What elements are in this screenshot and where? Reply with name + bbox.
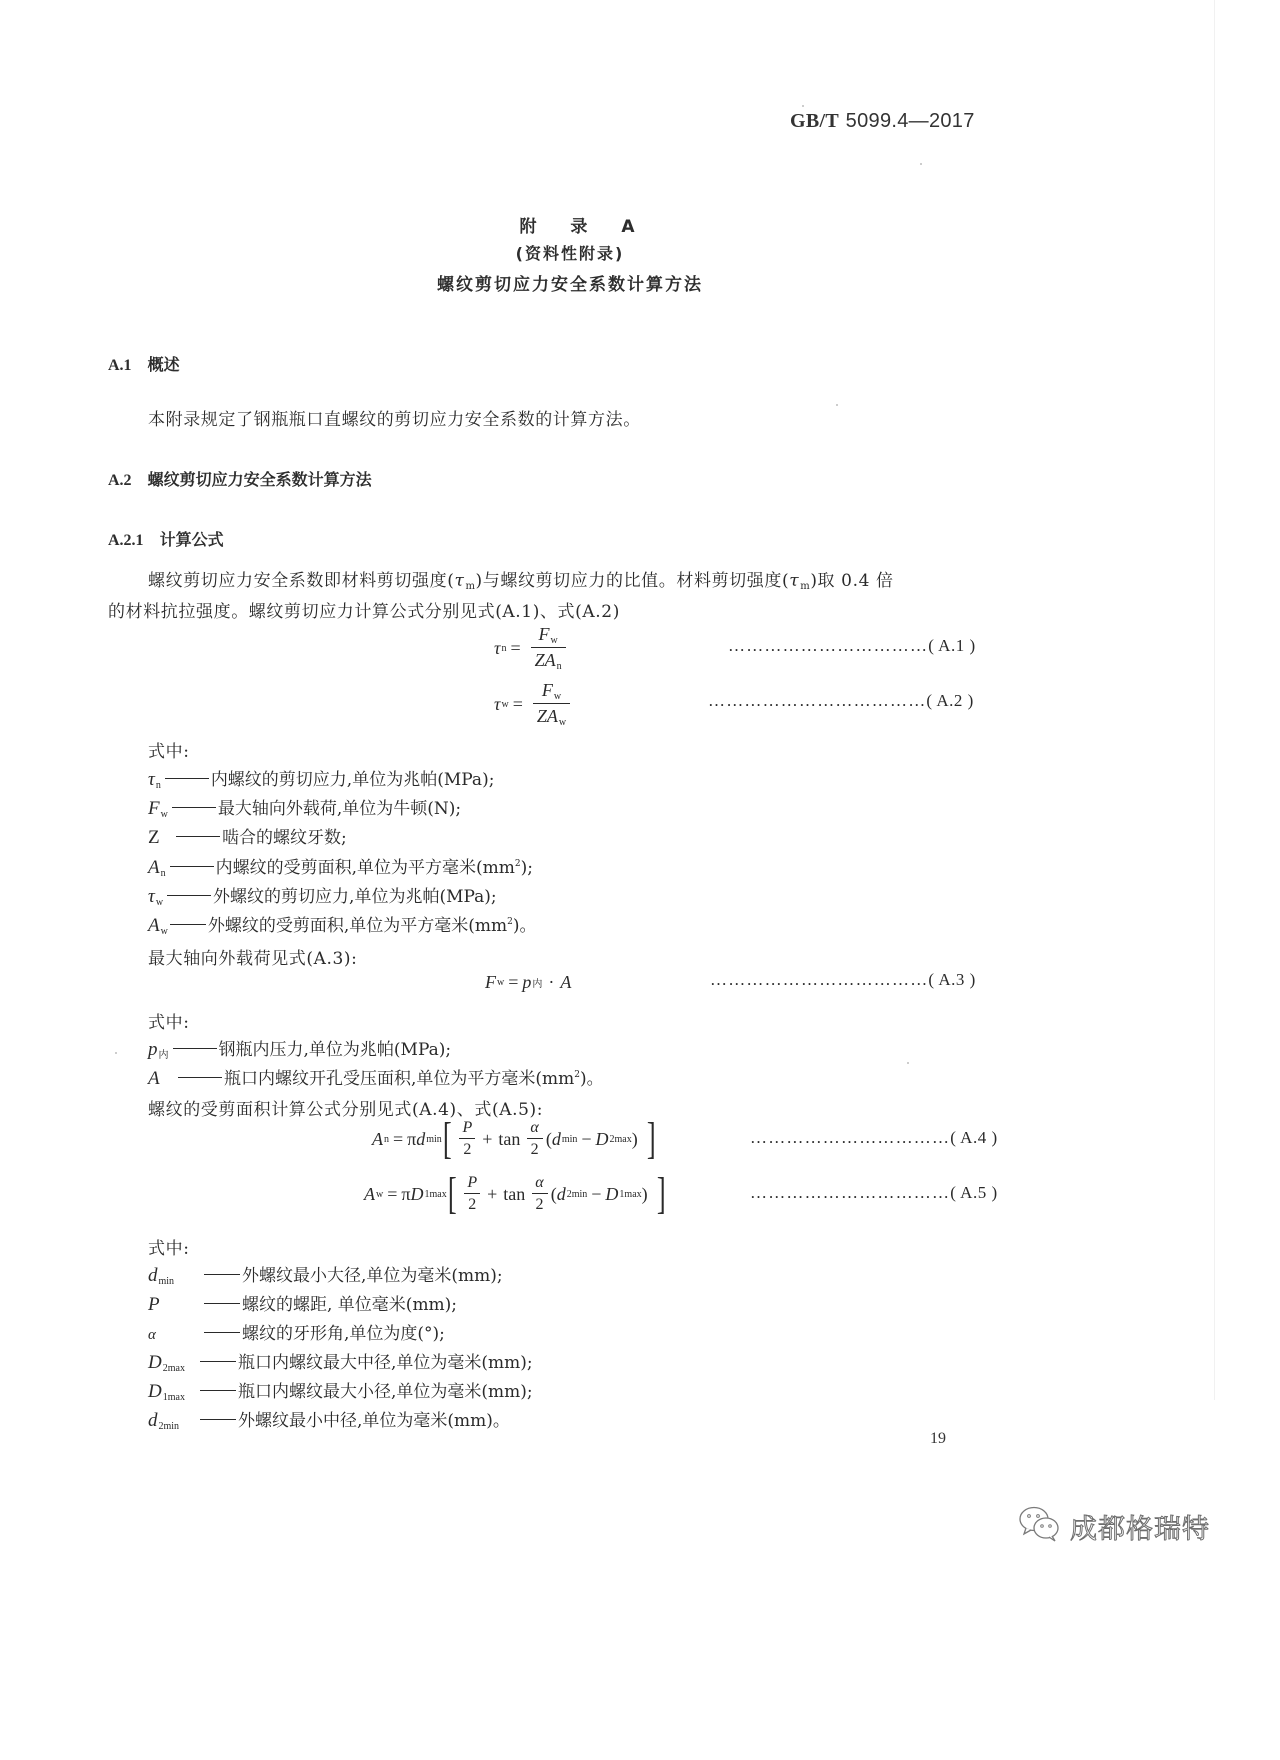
equation-ref: ( A.2 ) xyxy=(926,691,973,710)
text-run: 螺纹剪切应力安全系数即材料剪切强度( xyxy=(148,571,454,591)
numerator: F xyxy=(539,624,550,644)
equation-ref: ( A.3 ) xyxy=(928,970,975,989)
subscript: n xyxy=(501,643,506,654)
tau-m-symbol: τ xyxy=(454,571,464,591)
subscript: 1max xyxy=(619,1189,641,1200)
text-run: )取 0.4 倍 xyxy=(810,571,893,591)
definition-alpha: α 螺纹的牙形角,单位为度(°); xyxy=(148,1319,445,1344)
scan-edge-line xyxy=(1214,0,1215,1400)
def-text: 啮合的螺纹牙数; xyxy=(222,823,347,848)
section-title: 计算公式 xyxy=(160,530,224,549)
def-text: 瓶口内螺纹最大小径,单位为毫米(mm); xyxy=(238,1377,533,1402)
equation-a4: An = πdmin [ P 2 + tan α 2 (dmin − D2max… xyxy=(372,1119,656,1159)
section-number: A.1 xyxy=(108,357,132,375)
shear-area-intro: 螺纹的受剪面积计算公式分别见式(A.4)、式(A.5): xyxy=(148,1095,543,1120)
diameter-symbol: d xyxy=(416,1129,425,1150)
def-symbol: Aw xyxy=(148,915,168,937)
leader-dots: ……………………………… xyxy=(710,970,928,989)
page-number: 19 xyxy=(930,1430,946,1448)
tan-function: tan xyxy=(498,1129,520,1150)
definition-a-n: An 内螺纹的受剪面积,单位为平方毫米(mm2); xyxy=(148,853,533,879)
subscript: m xyxy=(465,581,475,592)
fraction: Fw ZAw xyxy=(533,680,570,728)
em-dash xyxy=(173,1048,217,1049)
numerator: P xyxy=(463,1174,481,1193)
subscript: n xyxy=(557,661,562,672)
fraction-p-over-2: P 2 xyxy=(463,1174,481,1214)
em-dash xyxy=(204,1274,240,1275)
em-dash xyxy=(178,1077,222,1078)
em-dash xyxy=(176,836,220,837)
equation-a5-number: ……………………………( A.5 ) xyxy=(750,1183,998,1203)
subscript: 内 xyxy=(532,975,542,990)
eq-lhs: τ xyxy=(494,638,500,659)
em-dash xyxy=(200,1390,236,1391)
def-symbol: Z xyxy=(148,827,172,849)
def-text: 螺纹的螺距, 单位毫米(mm); xyxy=(242,1290,457,1315)
term2: D xyxy=(605,1184,618,1205)
annex-label: 附 录 A xyxy=(0,212,1154,237)
section-number: A.2.1 xyxy=(108,532,144,550)
multiply-dot: · xyxy=(548,972,554,993)
definition-p: P 螺纹的螺距, 单位毫米(mm); xyxy=(148,1290,457,1316)
section-a21-para-line1: 螺纹剪切应力安全系数即材料剪切强度(τm)与螺纹剪切应力的比值。材料剪切强度(τ… xyxy=(148,566,894,592)
numerator: α xyxy=(526,1119,542,1138)
definition-f-w: Fw 最大轴向外载荷,单位为牛顿(N); xyxy=(148,794,461,820)
term1: d xyxy=(552,1129,561,1150)
definition-d2max: D2max 瓶口内螺纹最大中径,单位为毫米(mm); xyxy=(148,1348,533,1374)
watermark: 成都格瑞特 xyxy=(1018,1504,1210,1548)
document-page: GB/T 5099.4—2017 附 录 A (资料性附录) 螺纹剪切应力安全系… xyxy=(0,0,1280,1760)
numerator: α xyxy=(531,1174,547,1193)
scan-speck xyxy=(115,1052,117,1054)
definition-d2min: d2min 外螺纹最小中径,单位为毫米(mm)。 xyxy=(148,1406,510,1432)
em-dash xyxy=(165,778,209,779)
def-text: 外螺纹的受剪面积,单位为平方毫米(mm2)。 xyxy=(208,911,537,936)
def-symbol: α xyxy=(148,1327,200,1344)
subscript: w xyxy=(376,1189,383,1200)
tan-function: tan xyxy=(503,1184,525,1205)
scan-speck xyxy=(920,163,922,165)
leader-dots: ……………………………… xyxy=(708,691,926,710)
definition-a: A 瓶口内螺纹开孔受压面积,单位为平方毫米(mm2)。 xyxy=(148,1064,604,1090)
numerator: P xyxy=(458,1119,476,1138)
equals-sign: = xyxy=(393,1129,403,1150)
denominator: 2 xyxy=(527,1138,543,1159)
section-title: 螺纹剪切应力安全系数计算方法 xyxy=(148,470,372,489)
scan-speck xyxy=(802,105,804,107)
pi-symbol: π xyxy=(407,1129,416,1150)
denominator: 2 xyxy=(459,1138,475,1159)
equation-ref: ( A.4 ) xyxy=(950,1128,997,1147)
standard-code: GB/T 5099.4—2017 xyxy=(790,108,975,133)
definition-p-inner: p内 钢瓶内压力,单位为兆帕(MPa); xyxy=(148,1035,451,1061)
def-symbol: dmin xyxy=(148,1265,200,1287)
denominator: 2 xyxy=(464,1193,480,1214)
def-symbol: D2max xyxy=(148,1352,198,1374)
equation-a5: Aw = πD1max [ P 2 + tan α 2 (d2min − D1m… xyxy=(364,1174,666,1214)
section-a1-heading: A.1概述 xyxy=(108,352,180,375)
def-symbol: A xyxy=(148,1068,174,1090)
equation-a2-number: ………………………………( A.2 ) xyxy=(708,691,974,711)
subscript: min xyxy=(426,1134,442,1145)
subscript: n xyxy=(384,1134,389,1145)
where-label-1: 式中: xyxy=(148,737,190,762)
def-text: 瓶口内螺纹最大中径,单位为毫米(mm); xyxy=(238,1348,533,1373)
equation-ref: ( A.5 ) xyxy=(950,1183,997,1202)
equation-a3-number: ………………………………( A.3 ) xyxy=(710,970,976,990)
section-a2-heading: A.2螺纹剪切应力安全系数计算方法 xyxy=(108,467,372,490)
numerator: F xyxy=(542,680,553,700)
fraction-p-over-2: P 2 xyxy=(458,1119,476,1159)
equals-sign: = xyxy=(513,694,523,715)
def-symbol: P xyxy=(148,1294,200,1316)
equation-ref: ( A.1 ) xyxy=(928,636,975,655)
leader-dots: …………………………… xyxy=(750,1128,950,1147)
subscript: 2min xyxy=(567,1189,588,1200)
def-text: 钢瓶内压力,单位为兆帕(MPa); xyxy=(219,1035,452,1060)
em-dash xyxy=(200,1419,236,1420)
def-text: 螺纹的牙形角,单位为度(°); xyxy=(242,1319,445,1344)
subscript: m xyxy=(800,581,810,592)
left-bracket: [ xyxy=(448,1174,457,1214)
equation-a2: τw = Fw ZAw xyxy=(494,680,570,728)
equals-sign: = xyxy=(387,1184,397,1205)
wechat-icon xyxy=(1018,1504,1062,1548)
area-symbol: A xyxy=(560,972,571,993)
subscript: w xyxy=(559,717,566,728)
eq-lhs: τ xyxy=(494,694,500,715)
em-dash xyxy=(204,1303,240,1304)
section-a1-body: 本附录规定了钢瓶瓶口直螺纹的剪切应力安全系数的计算方法。 xyxy=(148,405,641,430)
denominator: ZA xyxy=(535,650,556,670)
fraction-alpha-over-2: α 2 xyxy=(531,1174,547,1214)
def-symbol: τn xyxy=(148,769,161,791)
pressure-symbol: p xyxy=(522,972,531,993)
diameter-symbol: D xyxy=(410,1184,423,1205)
definition-d1max: D1max 瓶口内螺纹最大小径,单位为毫米(mm); xyxy=(148,1377,533,1403)
denominator: ZA xyxy=(537,706,558,726)
left-bracket: [ xyxy=(443,1119,452,1159)
text-run: )与螺纹剪切应力的比值。材料剪切强度( xyxy=(476,571,790,591)
em-dash xyxy=(204,1332,240,1333)
eq-lhs: F xyxy=(485,972,496,993)
section-a21-heading: A.2.1计算公式 xyxy=(108,527,224,550)
equation-a3: Fw = p内 · A xyxy=(485,972,571,993)
def-symbol: p内 xyxy=(148,1039,169,1061)
subscript: min xyxy=(562,1134,578,1145)
em-dash xyxy=(167,895,211,896)
plus-sign: + xyxy=(487,1184,497,1205)
subscript: w xyxy=(554,691,561,702)
equation-a4-number: ……………………………( A.4 ) xyxy=(750,1128,998,1148)
definition-z: Z 啮合的螺纹牙数; xyxy=(148,823,347,849)
subscript: w xyxy=(501,699,508,710)
def-text: 内螺纹的受剪面积,单位为平方毫米(mm2); xyxy=(216,853,533,878)
def-text: 内螺纹的剪切应力,单位为兆帕(MPa); xyxy=(211,765,495,790)
fraction: Fw ZAn xyxy=(531,624,566,672)
annex-title: 螺纹剪切应力安全系数计算方法 xyxy=(0,270,1140,295)
def-symbol: τw xyxy=(148,886,163,908)
def-symbol: D1max xyxy=(148,1381,198,1403)
eq-lhs: A xyxy=(372,1129,383,1150)
where-label-3: 式中: xyxy=(148,1234,190,1259)
subscript: 1max xyxy=(424,1189,446,1200)
max-load-intro: 最大轴向外载荷见式(A.3): xyxy=(148,944,358,969)
equals-sign: = xyxy=(508,972,518,993)
definition-a-w: Aw 外螺纹的受剪面积,单位为平方毫米(mm2)。 xyxy=(148,911,537,937)
right-bracket: ] xyxy=(647,1119,656,1159)
section-number: A.2 xyxy=(108,472,132,490)
minus-sign: − xyxy=(591,1184,601,1205)
def-symbol: An xyxy=(148,857,166,879)
scan-speck xyxy=(907,1062,909,1064)
denominator: 2 xyxy=(532,1193,548,1214)
leader-dots: …………………………… xyxy=(728,636,928,655)
subscript: w xyxy=(551,635,558,646)
equals-sign: = xyxy=(510,638,520,659)
fraction-alpha-over-2: α 2 xyxy=(526,1119,542,1159)
def-text: 瓶口内螺纹开孔受压面积,单位为平方毫米(mm2)。 xyxy=(224,1064,604,1089)
def-symbol: d2min xyxy=(148,1410,198,1432)
annex-type: (资料性附录) xyxy=(0,241,1140,264)
section-a21-para-line2: 的材料抗拉强度。螺纹剪切应力计算公式分别见式(A.1)、式(A.2) xyxy=(108,597,620,622)
em-dash xyxy=(200,1361,236,1362)
subscript: w xyxy=(497,977,504,988)
def-text: 外螺纹最小大径,单位为毫米(mm); xyxy=(242,1261,503,1286)
term2: D xyxy=(596,1129,609,1150)
def-text: 外螺纹最小中径,单位为毫米(mm)。 xyxy=(238,1406,510,1431)
watermark-text: 成都格瑞特 xyxy=(1070,1507,1210,1546)
right-bracket: ] xyxy=(657,1174,666,1214)
where-label-2: 式中: xyxy=(148,1008,190,1033)
equation-a1-number: ……………………………( A.1 ) xyxy=(728,636,976,656)
leader-dots: …………………………… xyxy=(750,1183,950,1202)
equation-a1: τn = Fw ZAn xyxy=(494,624,566,672)
subscript: 2max xyxy=(610,1134,632,1145)
minus-sign: − xyxy=(581,1129,591,1150)
em-dash xyxy=(172,807,216,808)
eq-lhs: A xyxy=(364,1184,375,1205)
definition-tau-w: τw 外螺纹的剪切应力,单位为兆帕(MPa); xyxy=(148,882,497,908)
section-title: 概述 xyxy=(148,355,180,374)
definition-tau-n: τn 内螺纹的剪切应力,单位为兆帕(MPa); xyxy=(148,765,494,791)
standard-number: 5099.4—2017 xyxy=(846,110,975,132)
plus-sign: + xyxy=(482,1129,492,1150)
def-text: 外螺纹的剪切应力,单位为兆帕(MPa); xyxy=(213,882,497,907)
def-symbol: Fw xyxy=(148,798,168,820)
em-dash xyxy=(170,866,214,867)
definition-d-min: dmin 外螺纹最小大径,单位为毫米(mm); xyxy=(148,1261,503,1287)
term1: d xyxy=(557,1184,566,1205)
scan-speck xyxy=(836,404,838,406)
def-text: 最大轴向外载荷,单位为牛顿(N); xyxy=(218,794,461,819)
em-dash xyxy=(170,924,206,925)
standard-prefix: GB/T xyxy=(790,110,839,132)
tau-m-symbol: τ xyxy=(789,571,799,591)
